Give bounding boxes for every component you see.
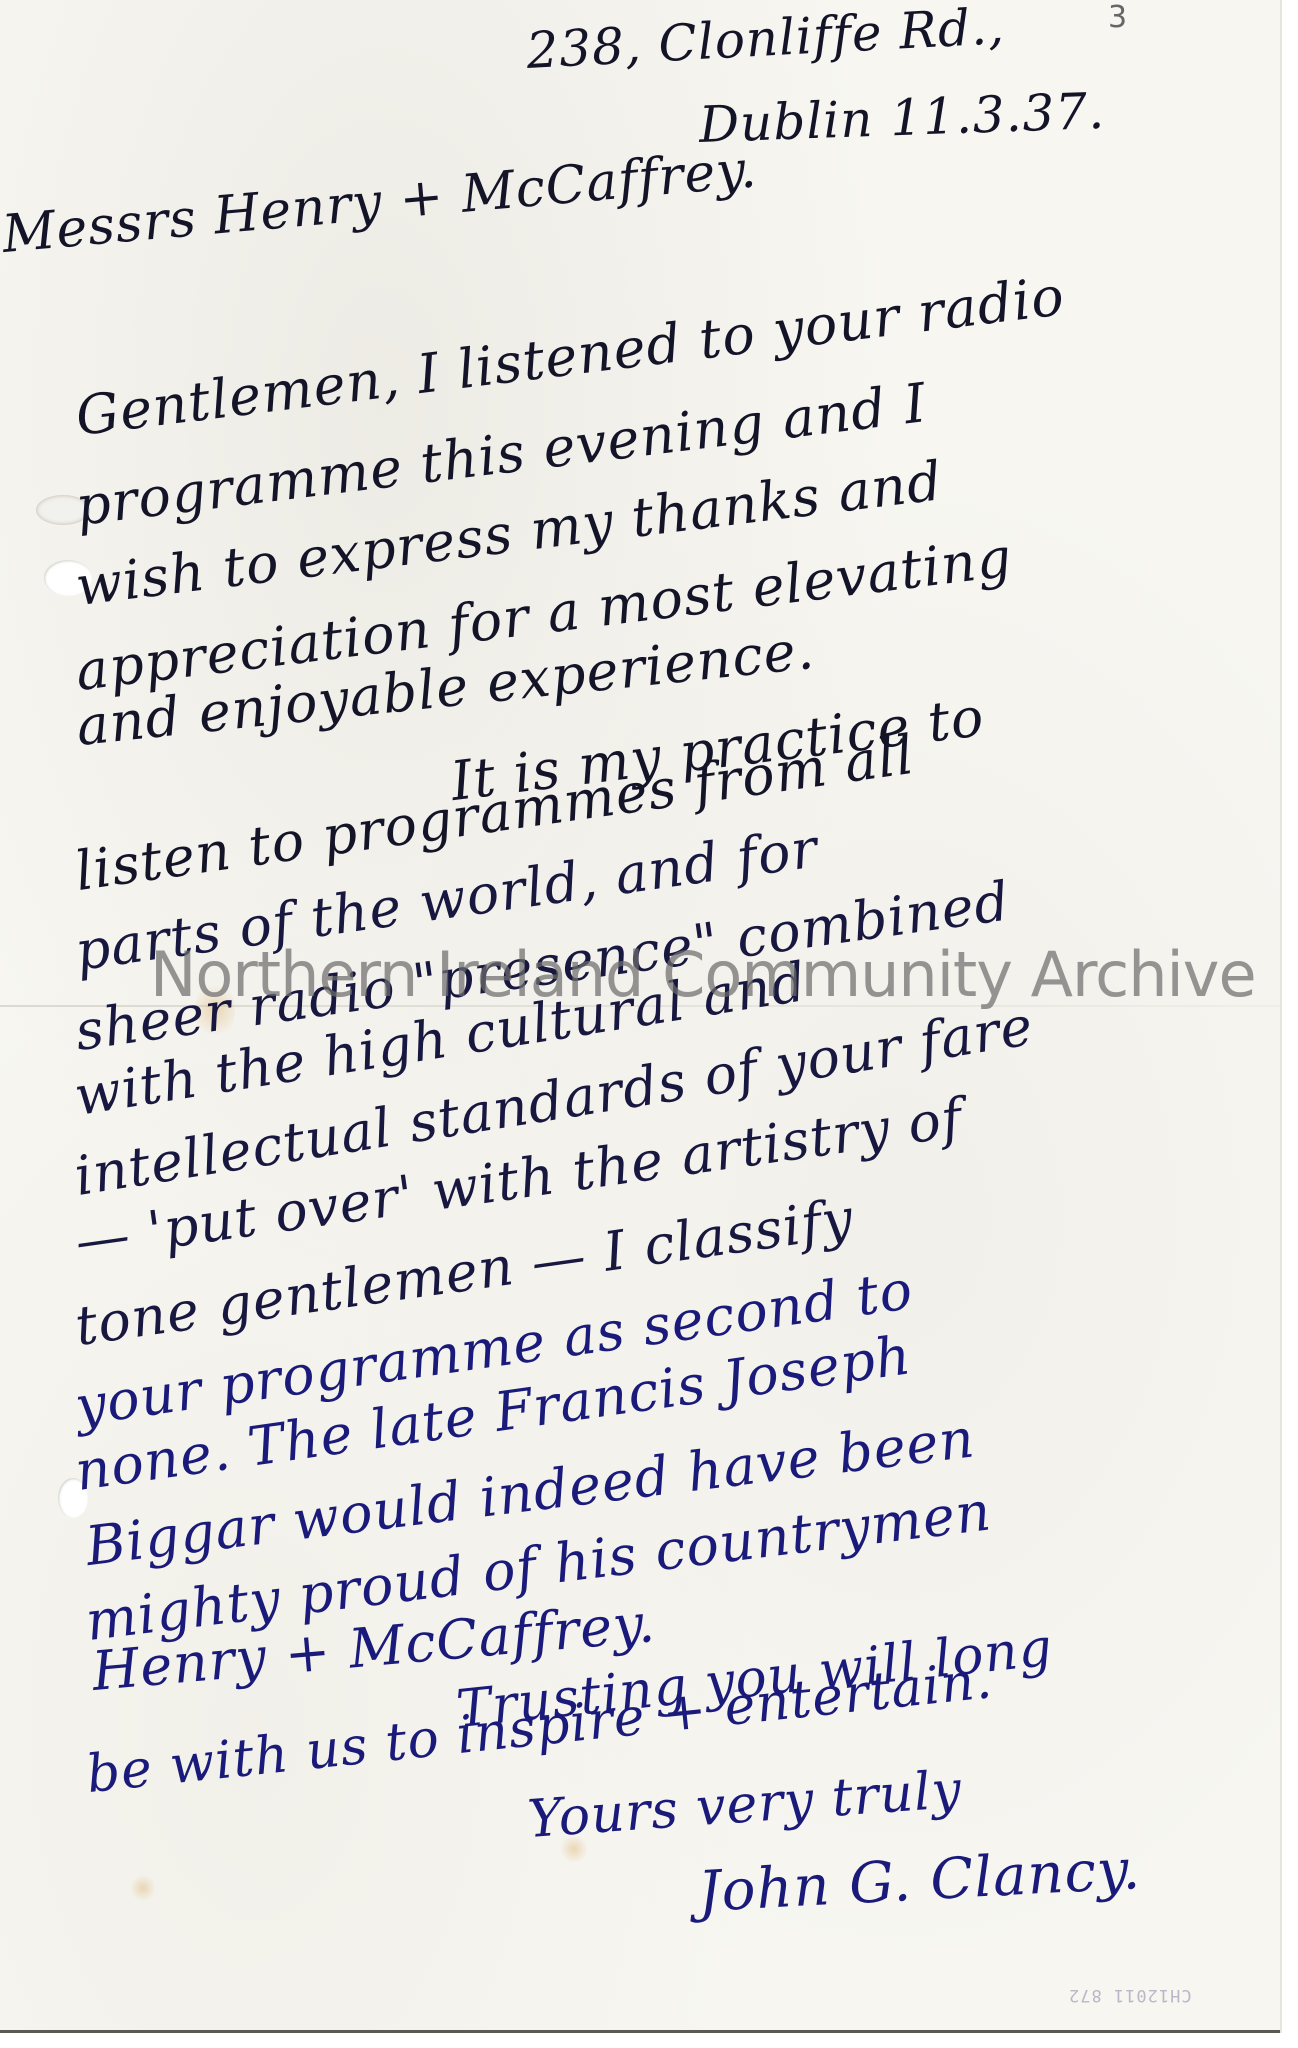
closing-salutation: Yours very truly [526, 1760, 964, 1850]
sender-address-line1: 238, Clonliffe Rd., [525, 0, 1006, 80]
archive-watermark: Northern Ireland Community Archive [150, 938, 1256, 1011]
stain [130, 1875, 156, 1901]
recipient-line: Messrs Henry + McCaffrey. [0, 139, 759, 265]
sender-address-line2: Dublin 11.3.37. [698, 82, 1106, 154]
page-marker: 3 [1108, 0, 1127, 35]
catalog-number: CH12011 872 [1068, 1985, 1192, 2005]
signature: John G. Clancy. [697, 1837, 1143, 1925]
letter-sheet: 3 238, Clonliffe Rd., Dublin 11.3.37. Me… [0, 0, 1280, 2033]
